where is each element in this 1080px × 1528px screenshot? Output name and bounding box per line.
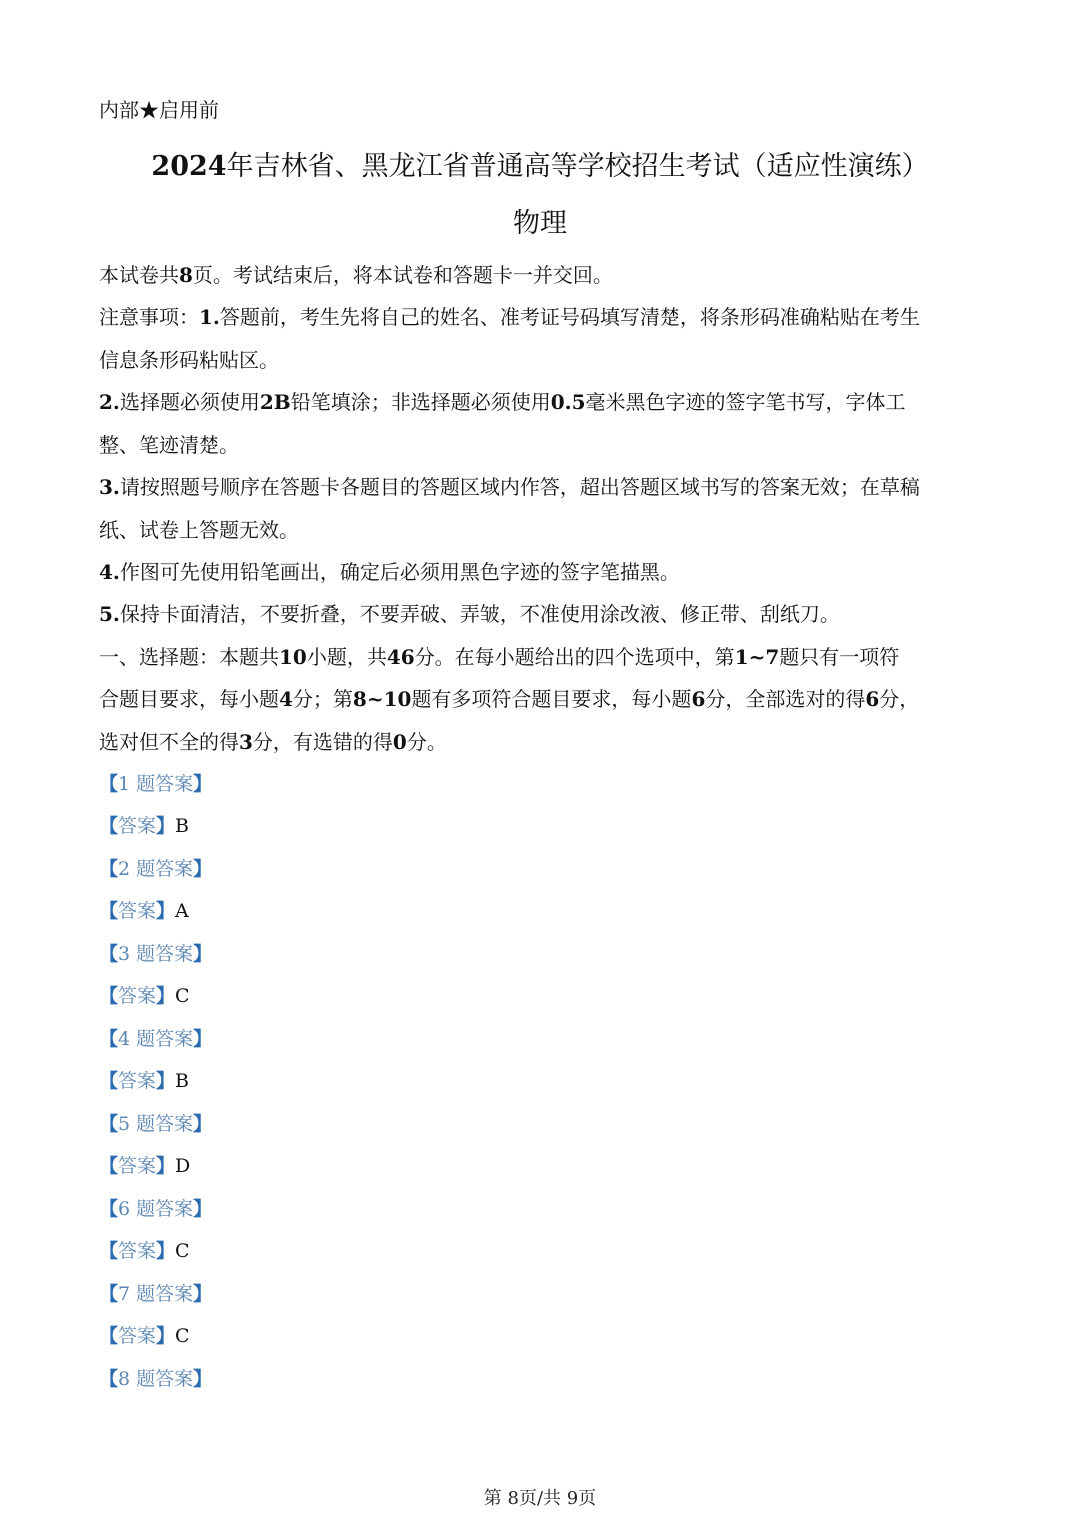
bracket-close: 】	[193, 1368, 212, 1390]
question-3-answer: 【答案】C	[99, 983, 190, 1009]
bracket-close: 】	[193, 773, 212, 795]
bracket-open: 【	[99, 1028, 118, 1050]
bracket-open: 【	[99, 1325, 118, 1347]
question-label: 5 题答案	[118, 1113, 193, 1135]
section-text: 分。	[407, 730, 447, 754]
bracket-close: 】	[156, 1070, 175, 1092]
answer-value: C	[175, 1240, 190, 1262]
bracket-open: 【	[99, 900, 118, 922]
question-2-heading: 【2 题答案】	[99, 856, 212, 882]
score: 6	[691, 687, 705, 711]
question-1-heading: 【1 题答案】	[99, 771, 212, 797]
confidential-mark: 内部★启用前	[99, 97, 219, 123]
intro-text-rest: 页。考试结束后，将本试卷和答题卡一并交回。	[193, 263, 613, 287]
score: 0	[393, 730, 407, 754]
note-number: 2.	[99, 390, 120, 414]
note-2-cont: 整、笔迹清楚。	[99, 432, 239, 458]
answer-value: B	[175, 815, 189, 837]
note-text: 铅笔填涂；非选择题必须使用	[291, 390, 551, 414]
note-number: 4.	[99, 560, 120, 584]
question-label: 1 题答案	[118, 773, 193, 795]
score: 6	[865, 687, 879, 711]
note-text: 保持卡面清洁，不要折叠，不要弄破、弄皱，不准使用涂改液、修正带、刮纸刀。	[120, 602, 840, 626]
question-7-heading: 【7 题答案】	[99, 1281, 212, 1307]
note-text: 请按照题号顺序在答题卡各题目的答题区域内作答，超出答题区域书写的答案无效；在草稿	[120, 475, 920, 499]
question-range: 8~10	[353, 687, 412, 711]
bracket-open: 【	[99, 985, 118, 1007]
section-text: 分。在每小题给出的四个选项中，第	[415, 645, 735, 669]
notes-label: 注意事项：	[99, 305, 199, 329]
bracket-open: 【	[99, 1283, 118, 1305]
note-3-cont: 纸、试卷上答题无效。	[99, 517, 299, 543]
question-label: 6 题答案	[118, 1198, 193, 1220]
note-text: 选择题必须使用	[120, 390, 260, 414]
note-3: 3.请按照题号顺序在答题卡各题目的答题区域内作答，超出答题区域书写的答案无效；在…	[99, 474, 920, 500]
pencil-grade: 2B	[260, 390, 291, 414]
answer-label: 答案	[118, 985, 156, 1007]
exam-title-text: 年吉林省、黑龙江省普通高等学校招生考试（适应性演练）	[227, 151, 929, 182]
intro-page-count: 8	[179, 263, 193, 287]
section-text: 分，	[879, 687, 919, 711]
page-number-footer: 第 8页/共 9页	[0, 1484, 1080, 1510]
bracket-close: 】	[156, 1240, 175, 1262]
question-label: 4 题答案	[118, 1028, 193, 1050]
intro-text: 本试卷共	[99, 263, 179, 287]
answer-value: B	[175, 1070, 189, 1092]
section-text: 小题，共	[307, 645, 387, 669]
intro-line: 本试卷共8页。考试结束后，将本试卷和答题卡一并交回。	[99, 262, 613, 288]
question-1-answer: 【答案】B	[99, 813, 189, 839]
answer-label: 答案	[118, 1325, 156, 1347]
question-8-heading: 【8 题答案】	[99, 1366, 212, 1392]
question-3-heading: 【3 题答案】	[99, 941, 212, 967]
answer-value: D	[175, 1155, 190, 1177]
bracket-open: 【	[99, 1198, 118, 1220]
answer-label: 答案	[118, 815, 156, 837]
answer-label: 答案	[118, 1070, 156, 1092]
bracket-close: 】	[156, 1155, 175, 1177]
section-text: 题只有一项符	[779, 645, 899, 669]
bracket-open: 【	[99, 1368, 118, 1390]
bracket-open: 【	[99, 858, 118, 880]
question-label: 3 题答案	[118, 943, 193, 965]
answer-label: 答案	[118, 900, 156, 922]
question-label: 7 题答案	[118, 1283, 193, 1305]
bracket-open: 【	[99, 1155, 118, 1177]
note-text: 答题前，考生先将自己的姓名、准考证号码填写清楚，将条形码准确粘贴在考生	[220, 305, 920, 329]
bracket-open: 【	[99, 943, 118, 965]
bracket-open: 【	[99, 1113, 118, 1135]
bracket-open: 【	[99, 1240, 118, 1262]
section-text: 一、选择题：本题共	[99, 645, 279, 669]
note-text: 毫米黑色字迹的签字笔书写，字体工	[586, 390, 906, 414]
section-text: 分；第	[293, 687, 353, 711]
section-1-instructions-line-3: 选对但不全的得3分，有选错的得0分。	[99, 729, 447, 755]
bracket-close: 】	[193, 1028, 212, 1050]
note-number: 3.	[99, 475, 120, 499]
exam-title-year: 2024	[151, 151, 226, 182]
question-4-answer: 【答案】B	[99, 1068, 189, 1094]
answer-value: C	[175, 985, 190, 1007]
answer-value: A	[175, 900, 189, 922]
question-label: 2 题答案	[118, 858, 193, 880]
section-text: 合题目要求，每小题	[99, 687, 279, 711]
score: 4	[279, 687, 293, 711]
subject-title: 物理	[0, 207, 1080, 241]
section-1-instructions-line-2: 合题目要求，每小题4分；第8~10题有多项符合题目要求，每小题6分，全部选对的得…	[99, 686, 919, 712]
bracket-close: 】	[193, 858, 212, 880]
question-6-answer: 【答案】C	[99, 1238, 190, 1264]
exam-title: 2024年吉林省、黑龙江省普通高等学校招生考试（适应性演练）	[0, 150, 1080, 184]
answer-value: C	[175, 1325, 190, 1347]
note-number: 5.	[99, 602, 120, 626]
bracket-close: 】	[193, 1113, 212, 1135]
bracket-close: 】	[156, 815, 175, 837]
question-count: 10	[279, 645, 307, 669]
note-5: 5.保持卡面清洁，不要折叠，不要弄破、弄皱，不准使用涂改液、修正带、刮纸刀。	[99, 601, 840, 627]
section-text: 选对但不全的得	[99, 730, 239, 754]
total-score: 46	[387, 645, 415, 669]
question-4-heading: 【4 题答案】	[99, 1026, 212, 1052]
section-text: 题有多项符合题目要求，每小题	[411, 687, 691, 711]
note-2: 2.选择题必须使用2B铅笔填涂；非选择题必须使用0.5毫米黑色字迹的签字笔书写，…	[99, 389, 906, 415]
question-range: 1~7	[735, 645, 780, 669]
question-5-heading: 【5 题答案】	[99, 1111, 212, 1137]
bracket-open: 【	[99, 815, 118, 837]
bracket-close: 】	[193, 1198, 212, 1220]
note-1-cont: 信息条形码粘贴区。	[99, 347, 279, 373]
note-text: 作图可先使用铅笔画出，确定后必须用黑色字迹的签字笔描黑。	[120, 560, 680, 584]
pen-size: 0.5	[551, 390, 586, 414]
bracket-open: 【	[99, 1070, 118, 1092]
question-5-answer: 【答案】D	[99, 1153, 190, 1179]
bracket-close: 】	[156, 1325, 175, 1347]
section-text: 分，全部选对的得	[705, 687, 865, 711]
bracket-open: 【	[99, 773, 118, 795]
question-6-heading: 【6 题答案】	[99, 1196, 212, 1222]
question-2-answer: 【答案】A	[99, 898, 189, 924]
note-number: 1.	[199, 305, 220, 329]
question-7-answer: 【答案】C	[99, 1323, 190, 1349]
bracket-close: 】	[193, 1283, 212, 1305]
question-label: 8 题答案	[118, 1368, 193, 1390]
document-page: 内部★启用前 2024年吉林省、黑龙江省普通高等学校招生考试（适应性演练） 物理…	[0, 0, 1080, 1528]
bracket-close: 】	[156, 985, 175, 1007]
bracket-close: 】	[193, 943, 212, 965]
score: 3	[239, 730, 253, 754]
note-4: 4.作图可先使用铅笔画出，确定后必须用黑色字迹的签字笔描黑。	[99, 559, 680, 585]
answer-label: 答案	[118, 1240, 156, 1262]
note-1: 注意事项：1.答题前，考生先将自己的姓名、准考证号码填写清楚，将条形码准确粘贴在…	[99, 304, 920, 330]
section-text: 分，有选错的得	[253, 730, 393, 754]
answer-label: 答案	[118, 1155, 156, 1177]
section-1-instructions-line-1: 一、选择题：本题共10小题，共46分。在每小题给出的四个选项中，第1~7题只有一…	[99, 644, 899, 670]
bracket-close: 】	[156, 900, 175, 922]
